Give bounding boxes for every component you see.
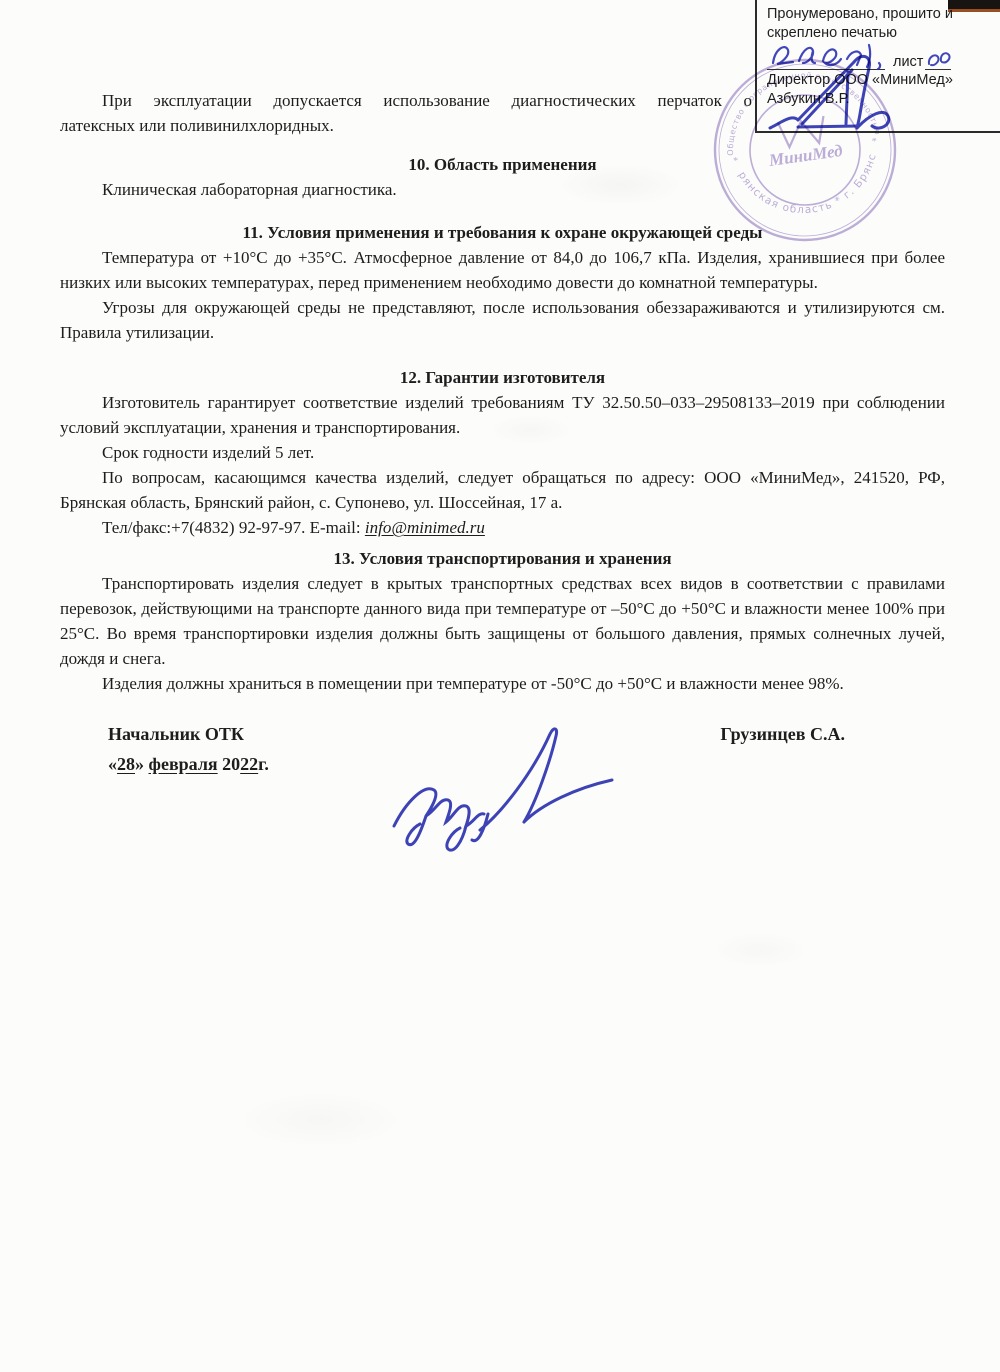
section-10-title: 10. Область применения [60,152,945,177]
signer-position: Начальник ОТК [108,722,269,747]
phone-fax-text: Тел/факс:+7(4832) 92-97-97. E-mail: [102,518,365,537]
intro-paragraph: При эксплуатации допускается использован… [60,88,945,138]
section-12-paragraph-1: Изготовитель гарантирует соответствие из… [60,390,945,440]
date-quote-open: « [108,754,117,774]
handwriting-ink [925,49,951,73]
intro-line-2: латексных или поливинилхлоридных. [60,113,945,138]
section-13-paragraph-2: Изделия должны храниться в помещении при… [60,671,945,696]
section-12-paragraph-3: По вопросам, касающимся качества изделий… [60,465,945,515]
section-11-paragraph-2: Угрозы для окружающей среды не представл… [60,295,945,345]
date-suffix: г. [258,754,269,774]
date-quote-close: » [135,754,144,774]
signer-name: Грузинцев С.А. [720,722,845,777]
handwritten-sheets-suffix [925,45,951,70]
document-page: Пронумеровано, прошито и скреплено печат… [0,0,1000,1372]
date-month: февраля [149,754,218,774]
intro-line-1: При эксплуатации допускается использован… [60,88,752,113]
section-12-contacts: Тел/факс:+7(4832) 92-97-97. E-mail: info… [60,515,945,540]
section-13-paragraph-1: Транспортировать изделия следует в крыты… [60,571,945,671]
section-12-title: 12. Гарантии изготовителя [60,365,945,390]
email-link[interactable]: info@minimed.ru [365,518,485,537]
date-year: 22 [240,754,258,774]
document-body: При эксплуатации допускается использован… [60,88,945,777]
section-11-paragraph-1: Температура от +10°С до +35°С. Атмосферн… [60,245,945,295]
date-day: 28 [117,754,135,774]
section-10-paragraph: Клиническая лабораторная диагностика. [60,177,945,202]
stamp-box-line-1: Пронумеровано, прошито и [767,5,1000,24]
section-11-title: 11. Условия применения и требования к ох… [60,220,945,245]
date-line: «28» февраля 2022г. [108,752,269,777]
section-12-paragraph-2: Срок годности изделий 5 лет. [60,440,945,465]
section-13-title: 13. Условия транспортирования и хранения [60,546,945,571]
date-century: 20 [222,754,240,774]
qc-signature [380,718,615,863]
signoff-left: Начальник ОТК «28» февраля 2022г. [108,722,269,777]
